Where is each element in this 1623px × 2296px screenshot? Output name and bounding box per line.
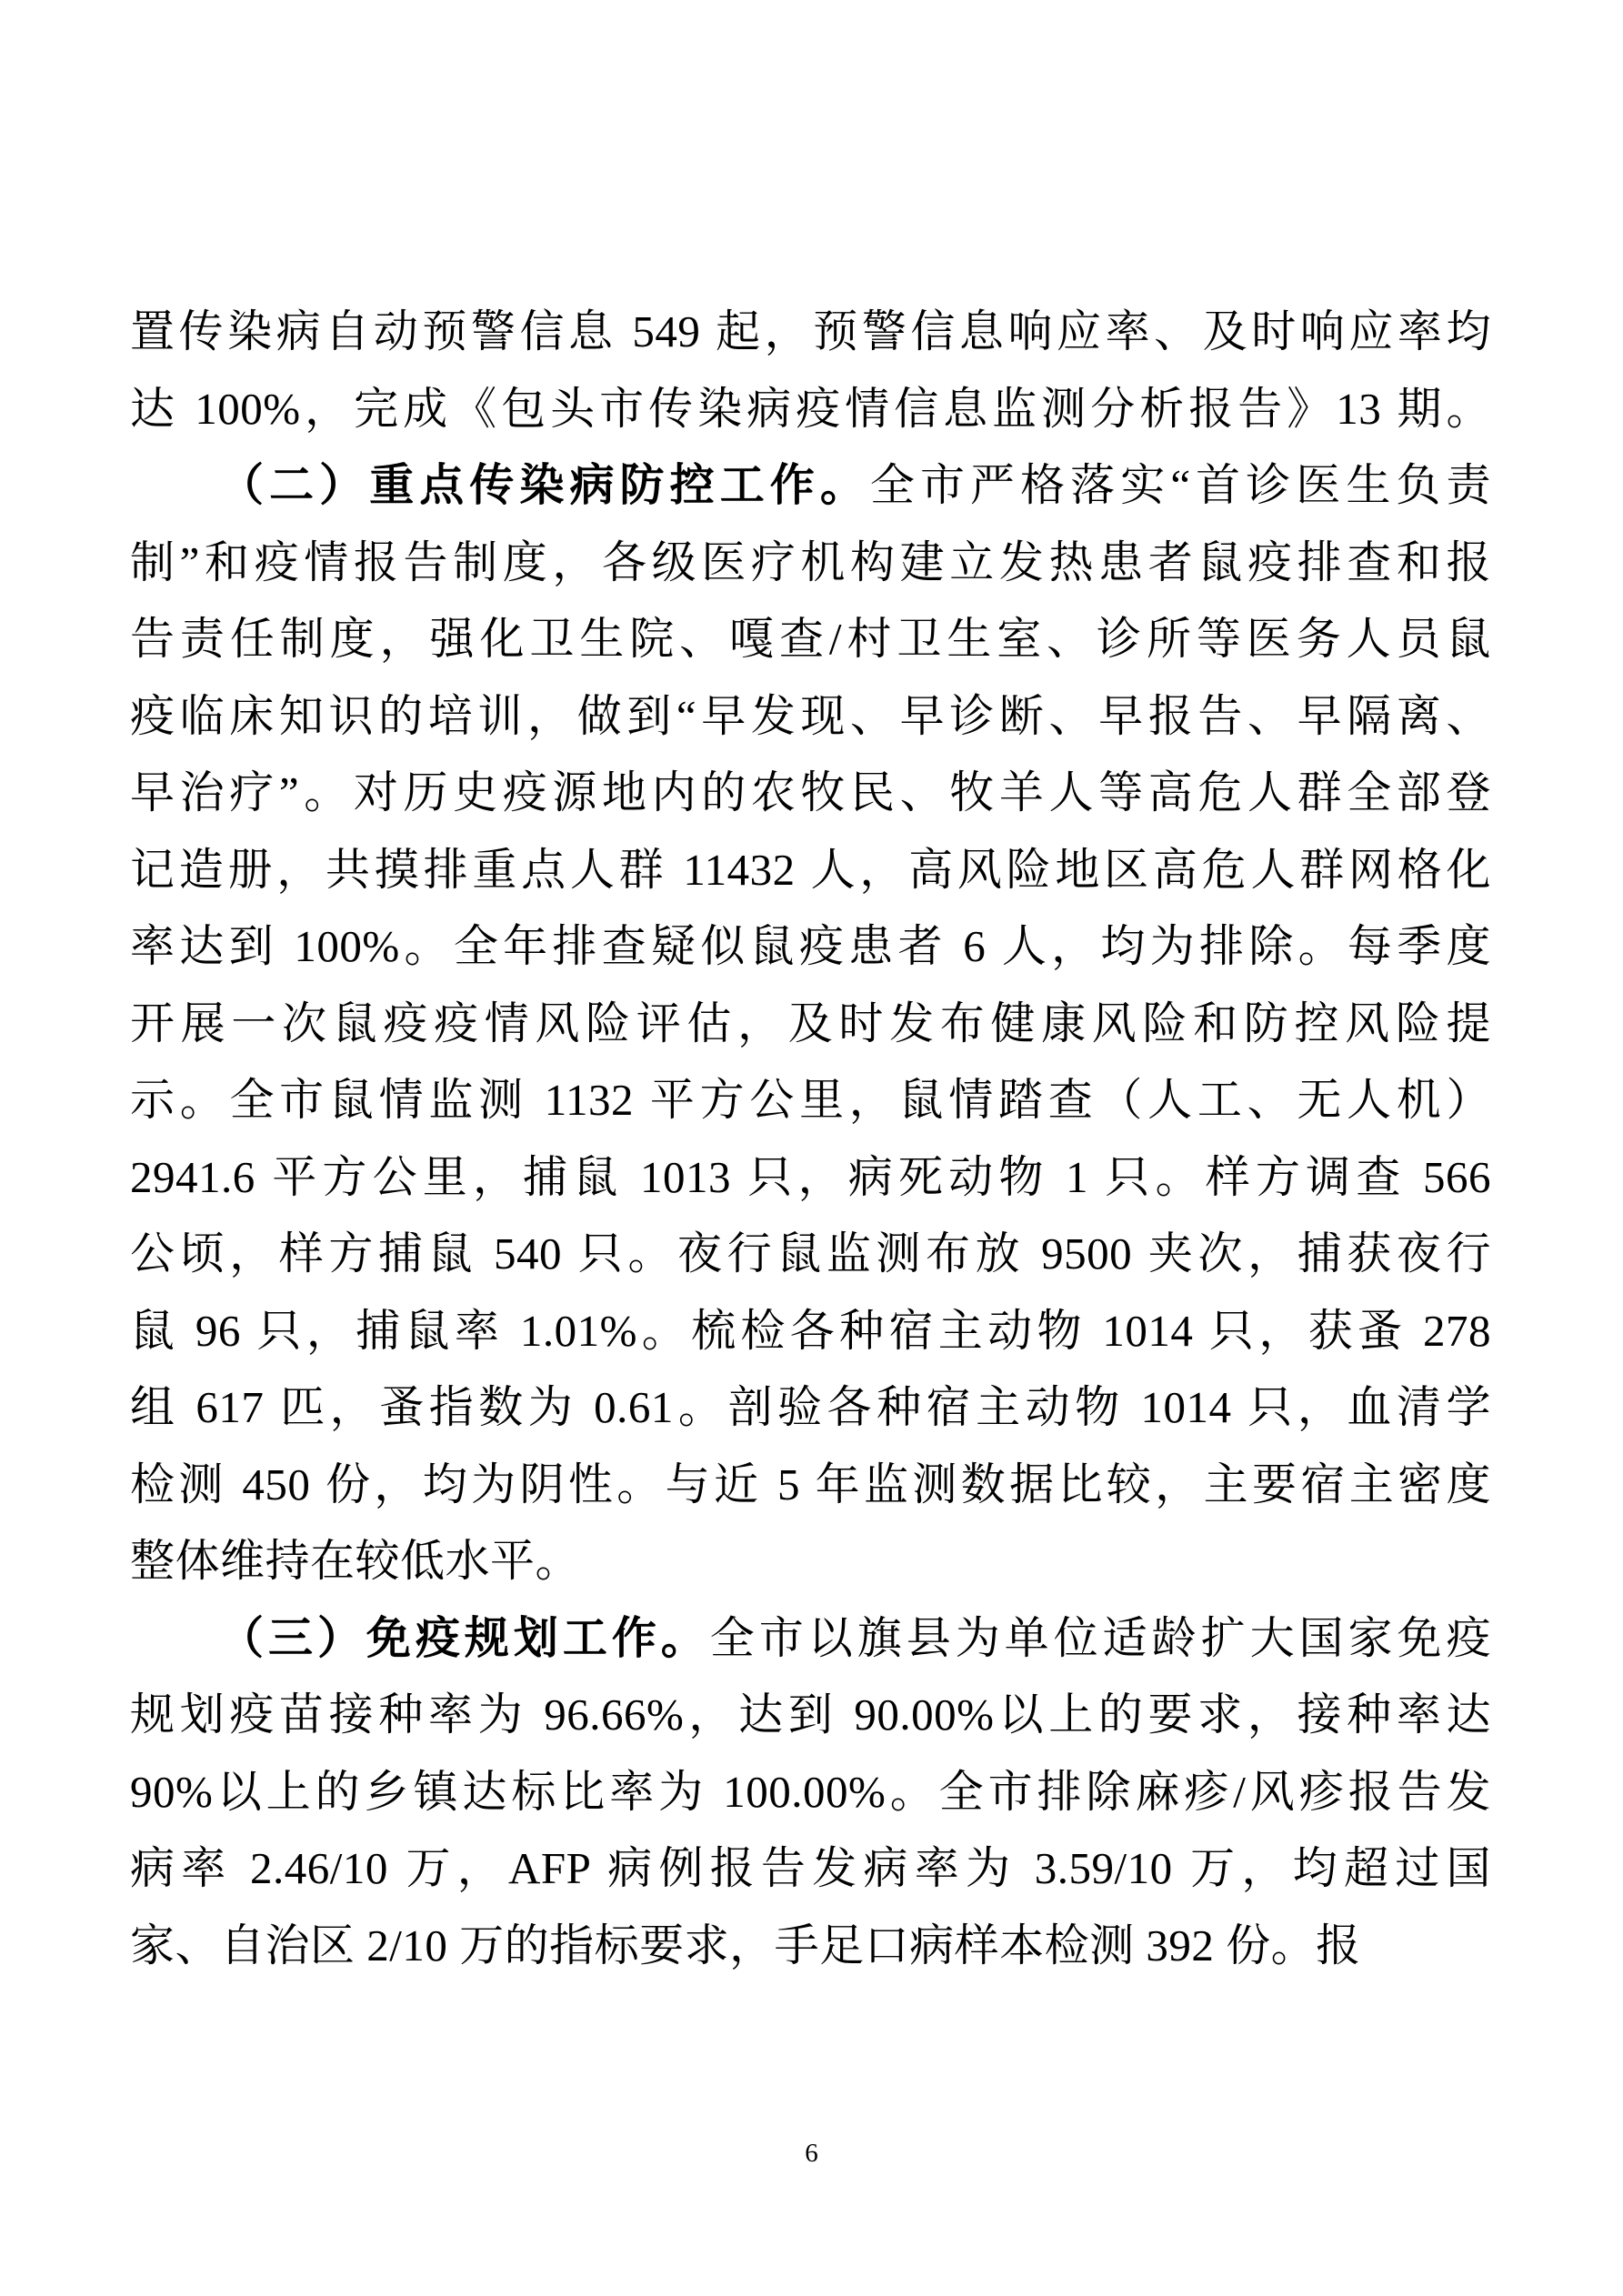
text-line: 疫临床知识的培训，做到“早发现、早诊断、早报告、早隔离、 — [130, 678, 1491, 756]
text-line: 率达到 100%。全年排查疑似鼠疫患者 6 人，均为排除。每季度 — [130, 908, 1491, 986]
text-line: （三）免疫规划工作。全市以旗县为单位适龄扩大国家免疫 — [130, 1600, 1491, 1678]
text-line: 整体维持在较低水平。 — [130, 1523, 1491, 1600]
text-line: 制”和疫情报告制度，各级医疗机构建立发热患者鼠疫排查和报 — [130, 525, 1491, 602]
text-line: 置传染病自动预警信息 549 起，预警信息响应率、及时响应率均 — [130, 294, 1491, 371]
text-line: 病率 2.46/10 万，AFP 病例报告发病率为 3.59/10 万，均超过国 — [130, 1830, 1491, 1908]
page-number: 6 — [0, 2137, 1623, 2170]
text-line: 告责任制度，强化卫生院、嘎查/村卫生室、诊所等医务人员鼠 — [130, 601, 1491, 678]
text-line: 2941.6 平方公里，捕鼠 1013 只，病死动物 1 只。样方调查 566 — [130, 1139, 1491, 1217]
section-heading-run: （二）重点传染病防控工作。 — [219, 460, 870, 510]
text-line: 记造册，共摸排重点人群 11432 人，高风险地区高危人群网格化 — [130, 832, 1491, 909]
text-line: 检测 450 份，均为阴性。与近 5 年监测数据比较，主要宿主密度 — [130, 1447, 1491, 1524]
text-line: 规划疫苗接种率为 96.66%，达到 90.00%以上的要求，接种率达 — [130, 1677, 1491, 1754]
section-heading-run: （三）免疫规划工作。 — [219, 1613, 710, 1663]
body-run: 全市以旗县为单位适龄扩大国家免疫 — [710, 1613, 1491, 1663]
text-line: 达 100%，完成《包头市传染病疫情信息监测分析报告》13 期。 — [130, 371, 1491, 448]
text-line: （二）重点传染病防控工作。全市严格落实“首诊医生负责 — [130, 447, 1491, 525]
text-line: 鼠 96 只，捕鼠率 1.01%。梳检各种宿主动物 1014 只，获蚤 278 — [130, 1293, 1491, 1370]
text-line: 公顷，样方捕鼠 540 只。夜行鼠监测布放 9500 夹次，捕获夜行 — [130, 1216, 1491, 1293]
text-line: 家、自治区 2/10 万的指标要求，手足口病样本检测 392 份。报 — [130, 1908, 1491, 1985]
body-run: 全市严格落实“首诊医生负责 — [870, 460, 1491, 510]
text-line: 示。全市鼠情监测 1132 平方公里，鼠情踏查（人工、无人机） — [130, 1062, 1491, 1139]
text-line: 早治疗”。对历史疫源地内的农牧民、牧羊人等高危人群全部登 — [130, 755, 1491, 832]
text-line: 开展一次鼠疫疫情风险评估，及时发布健康风险和防控风险提 — [130, 986, 1491, 1063]
text-line: 90%以上的乡镇达标比率为 100.00%。全市排除麻疹/风疹报告发 — [130, 1754, 1491, 1831]
document-body: 置传染病自动预警信息 549 起，预警信息响应率、及时响应率均 达 100%，完… — [130, 294, 1491, 1984]
text-line: 组 617 匹，蚤指数为 0.61。剖验各种宿主动物 1014 只，血清学 — [130, 1369, 1491, 1447]
document-page: 置传染病自动预警信息 549 起，预警信息响应率、及时响应率均 达 100%，完… — [0, 0, 1623, 2296]
